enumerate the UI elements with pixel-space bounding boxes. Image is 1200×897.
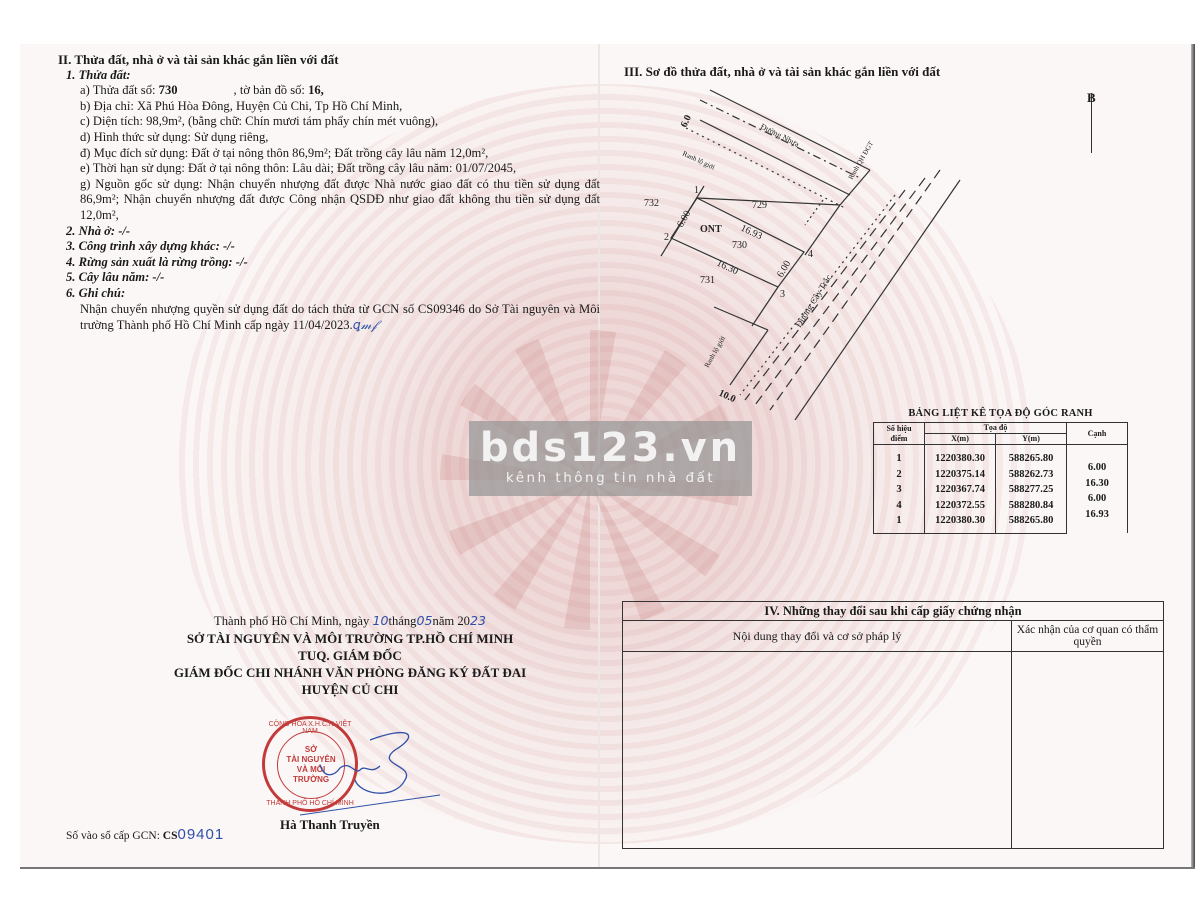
address: b) Địa chỉ: Xã Phú Hòa Đông, Huyện Củ Ch… bbox=[80, 99, 598, 115]
position: GIÁM ĐỐC CHI NHÁNH VĂN PHÒNG ĐĂNG KÝ ĐẤT… bbox=[140, 664, 560, 681]
house: 2. Nhà ở: -/- bbox=[66, 224, 598, 240]
section-4-changes-table: IV. Những thay đổi sau khi cấp giấy chứn… bbox=[622, 601, 1164, 849]
place-date: Thành phố Hồ Chí Minh, ngày 10tháng05năm… bbox=[140, 612, 560, 630]
initial-signature: ꝗ𝓂𝒻 bbox=[353, 317, 377, 332]
section-3-title: III. Sơ đồ thửa đất, nhà ở và tài sản kh… bbox=[624, 64, 940, 80]
usage-origin: g) Nguồn gốc sử dụng: Nhận chuyển nhượng… bbox=[80, 177, 600, 224]
district: HUYỆN CỦ CHI bbox=[140, 681, 560, 698]
usage-term: e) Thời hạn sử dụng: Đất ở tại nông thôn… bbox=[80, 161, 598, 177]
handwritten-signature bbox=[300, 720, 450, 820]
note-text: Nhận chuyển nhượng quyền sử dụng đất do … bbox=[80, 302, 600, 334]
svg-text:ONT: ONT bbox=[700, 224, 722, 235]
other-works: 3. Công trình xây dựng khác: -/- bbox=[66, 239, 598, 255]
perennial-trees: 5. Cây lâu năm: -/- bbox=[66, 270, 598, 286]
signer-name: Hà Thanh Truyền bbox=[280, 817, 380, 833]
section-2-land-info: II. Thửa đất, nhà ở và tài sản khác gắn … bbox=[58, 52, 598, 334]
svg-text:Đường Cây Trắc: Đường Cây Trắc bbox=[793, 273, 833, 329]
svg-text:6.0: 6.0 bbox=[679, 113, 694, 129]
change-content-cell bbox=[623, 652, 1012, 848]
svg-text:10.0: 10.0 bbox=[717, 388, 738, 405]
on-behalf: TUQ. GIÁM ĐỐC bbox=[140, 647, 560, 664]
table-row: 1 1220380.30 588265.80 6.00 16.30 6.00 1… bbox=[874, 445, 1128, 467]
svg-text:16.30: 16.30 bbox=[715, 258, 740, 277]
watermark-brand: bds123.vn bbox=[469, 426, 752, 470]
svg-text:731: 731 bbox=[700, 275, 715, 286]
column-change-content: Nội dung thay đổi và cơ sở pháp lý bbox=[623, 621, 1012, 651]
section-4-title: IV. Những thay đổi sau khi cấp giấy chứn… bbox=[623, 602, 1163, 621]
watermark-tagline: kênh thông tin nhà đất bbox=[469, 470, 752, 486]
svg-text:729: 729 bbox=[752, 200, 767, 211]
registry-number: Số vào sổ cấp GCN: CS09401 bbox=[66, 826, 224, 843]
usage-purpose: đ) Mục đích sử dụng: Đất ở tại nông thôn… bbox=[80, 146, 598, 162]
svg-text:6.00: 6.00 bbox=[675, 209, 693, 230]
svg-text:Ranh lộ giới: Ranh lộ giới bbox=[703, 335, 727, 369]
coordinate-grid: Số hiệu điểm Tọa độ Cạnh X(m) Y(m) 1 122… bbox=[873, 422, 1128, 534]
coordinate-table-caption: BẢNG LIỆT KÊ TỌA ĐỘ GÓC RANH bbox=[873, 408, 1128, 419]
note-heading: 6. Ghi chú: bbox=[66, 286, 598, 302]
svg-text:Đường Nhựa: Đường Nhựa bbox=[759, 122, 801, 149]
coordinate-table: BẢNG LIỆT KÊ TỌA ĐỘ GÓC RANH Số hiệu điể… bbox=[873, 408, 1128, 534]
authority: SỞ TÀI NGUYÊN VÀ MÔI TRƯỜNG TP.HỒ CHÍ MI… bbox=[140, 630, 560, 647]
parcel-number: a) Thửa đất số: 730, tờ bản đồ số: 16, bbox=[80, 83, 598, 99]
area: c) Diện tích: 98,9m², (bằng chữ: Chín mư… bbox=[80, 114, 598, 130]
svg-text:Ranh lộ giới: Ranh lộ giới bbox=[681, 150, 716, 172]
svg-text:4: 4 bbox=[808, 249, 813, 260]
usage-form: d) Hình thức sử dụng: Sử dụng riêng, bbox=[80, 130, 598, 146]
signature-block: Thành phố Hồ Chí Minh, ngày 10tháng05năm… bbox=[140, 612, 560, 698]
land-heading: 1. Thửa đất: bbox=[66, 68, 598, 84]
svg-text:730: 730 bbox=[732, 240, 747, 251]
column-authority-confirmation: Xác nhận của cơ quan có thẩm quyền bbox=[1012, 621, 1163, 651]
svg-text:1: 1 bbox=[694, 185, 699, 196]
watermark: bds123.vn kênh thông tin nhà đất bbox=[469, 421, 752, 496]
svg-text:3: 3 bbox=[780, 289, 785, 300]
svg-text:2: 2 bbox=[664, 232, 669, 243]
production-forest: 4. Rừng sản xuất là rừng trồng: -/- bbox=[66, 255, 598, 271]
section-2-title: II. Thửa đất, nhà ở và tài sản khác gắn … bbox=[58, 52, 598, 68]
svg-text:732: 732 bbox=[644, 198, 659, 209]
parcel-diagram: 1 2 3 4 732 729 ONT 730 731 16.93 16.30 … bbox=[600, 80, 1180, 420]
confirmation-cell bbox=[1012, 652, 1163, 848]
